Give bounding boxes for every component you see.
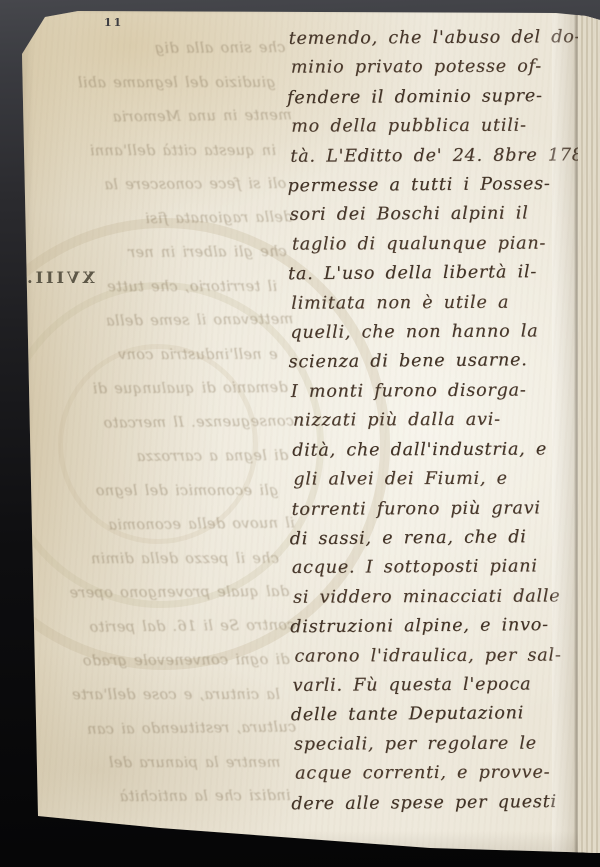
- manuscript-line: fendere il dominio supre-: [287, 82, 583, 114]
- manuscript-page: che sino alla diggiudizio del legname ab…: [0, 0, 600, 867]
- book-page-edges: [578, 15, 600, 858]
- bleedthrough-line: indizi che la antichità: [16, 779, 290, 815]
- manuscript-line: quelli, che non hanno la: [290, 317, 586, 348]
- bleedthrough-line: e nell'industria conv: [3, 338, 277, 372]
- manuscript-line: I monti furono disorga-: [291, 376, 587, 407]
- bleedthrough-line: dal quale provengono opere: [15, 575, 289, 611]
- bleedthrough-line: giudizio del legname abil: [2, 66, 276, 100]
- bleedthrough-line: che il pezzo della dimin: [5, 542, 279, 576]
- manuscript-line: acque correnti, e provve-: [295, 759, 591, 790]
- manuscript-line: dità, che dall'industria, e: [292, 435, 588, 466]
- manuscript-line: taglio di qualunque pian-: [292, 229, 588, 260]
- manuscript-line: varli. Fù questa l'epoca: [293, 670, 589, 701]
- manuscript-line: ta. L'uso della libertà il-: [288, 258, 584, 290]
- bleedthrough-text-column: che sino alla diggiudizio del legname ab…: [11, 31, 290, 815]
- bleedthrough-line: oli si fece conoscere la: [12, 167, 286, 203]
- bleedthrough-line: contro Se li 16. dal perito: [21, 608, 295, 645]
- bleedthrough-line: mentre la pianura del: [6, 746, 280, 780]
- manuscript-text-column: temendo, che l'abuso del do-minio privat…: [289, 23, 590, 819]
- bleedthrough-line: il nuovo della economia: [21, 506, 295, 543]
- manuscript-line: gli alvei dei Fiumi, e: [293, 464, 589, 495]
- manuscript-line: tà. L'Editto de' 24. 8bre 1780.: [290, 141, 586, 172]
- bleedthrough-line: di ogni convenevole grado: [16, 643, 290, 679]
- bleedthrough-line: demanio di qualunque di: [14, 371, 288, 407]
- bleedthrough-line: che sino alla dig: [11, 31, 285, 67]
- bleedthrough-line: gli economici del legno: [4, 474, 278, 508]
- page-number: 11: [104, 16, 123, 29]
- bleedthrough-line: cultura, restituendo ai can: [22, 710, 296, 747]
- manuscript-line: sori dei Boschi alpini il: [290, 200, 586, 231]
- manuscript-line: scienza di bene usarne.: [289, 346, 585, 378]
- manuscript-line: minio privato potesse of-: [291, 53, 587, 84]
- scan-backdrop: che sino alla diggiudizio del legname ab…: [0, 0, 600, 867]
- page-curve-shadow: [552, 14, 575, 857]
- manuscript-line: torrenti furono più gravi: [291, 494, 587, 525]
- manuscript-line: si viddero minacciati dalle: [293, 582, 589, 613]
- manuscript-line: permesse a tutti i Posses-: [287, 170, 583, 202]
- bleedthrough-line: in questa città dell'anni: [2, 134, 276, 168]
- bleedthrough-line: della ragionata fisi: [18, 200, 292, 237]
- manuscript-line: speciali, per regolare le: [294, 729, 590, 760]
- manuscript-line: mo della pubblica utili-: [291, 112, 587, 143]
- bleedthrough-line: mettevano il seme della: [19, 302, 293, 339]
- bleedthrough-line: di legna a carrozza: [14, 439, 288, 475]
- bleedthrough-line: conseguenze. Il mercato: [20, 404, 294, 441]
- manuscript-line: delle tante Deputazioni: [291, 699, 587, 731]
- bleedthrough-line: che gli alberi in ner: [13, 235, 287, 271]
- manuscript-line: temendo, che l'abuso del do-: [289, 23, 585, 54]
- manuscript-line: dere alle spese per questi: [291, 787, 587, 819]
- chapter-mark-xviii-bleedthrough: XVIII.: [24, 268, 95, 287]
- manuscript-line: acque. I sottoposti piani: [292, 552, 588, 583]
- manuscript-line: di sassi, e rena, che di: [290, 523, 586, 555]
- manuscript-line: limitata non è utile a: [291, 288, 587, 319]
- manuscript-line: carono l'idraulica, per sal-: [294, 641, 590, 672]
- manuscript-line: distruzioni alpine, e invo-: [290, 611, 586, 643]
- manuscript-line: nizzati più dalla avi-: [293, 406, 589, 437]
- bleedthrough-line: mente in una Memoria: [18, 98, 292, 135]
- bleedthrough-line: la cintura, e cose dell'arte: [6, 678, 280, 712]
